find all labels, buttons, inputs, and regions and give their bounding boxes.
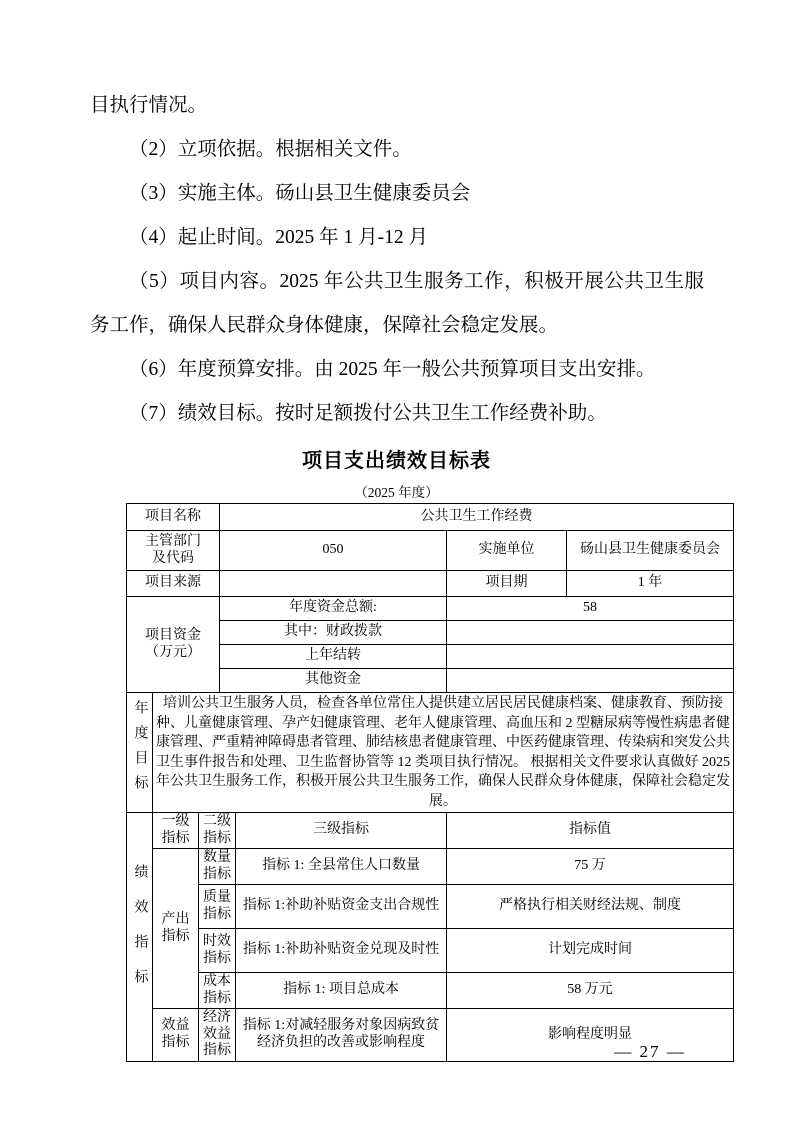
- level2-timeliness: 时效 指标: [199, 929, 236, 973]
- indicator-quantity: 指标 1: 全县常住人口数量: [236, 849, 447, 885]
- body-text: 目执行情况。 （2）立项依据。根据相关文件。 （3）实施主体。砀山县卫生健康委员…: [90, 84, 704, 436]
- funds-carryover-label: 上年结转: [220, 645, 447, 669]
- table-subtitle: （2025 年度）: [0, 481, 793, 501]
- project-source-value: [220, 571, 447, 597]
- level1-output: 产出 指标: [153, 849, 199, 1009]
- document-page: 目执行情况。 （2）立项依据。根据相关文件。 （3）实施主体。砀山县卫生健康委员…: [0, 0, 793, 1122]
- indicator-quality: 指标 1:补助补贴资金支出合规性: [236, 885, 447, 929]
- funds-fiscal-value: [447, 621, 734, 645]
- annual-goal-label: 年度目标: [127, 693, 153, 813]
- level2-cost: 成本 指标: [199, 973, 236, 1009]
- performance-target-table: 项目名称 公共卫生工作经费 主管部门 及代码 050 实施单位 砀山县卫生健康委…: [126, 503, 734, 1062]
- value-cost: 58 万元: [447, 973, 734, 1009]
- paragraph-item-3: （3）实施主体。砀山县卫生健康委员会: [90, 172, 704, 216]
- project-period-value: 1 年: [567, 571, 734, 597]
- level1-benefit: 效益 指标: [153, 1009, 199, 1062]
- funds-total-value: 58: [447, 597, 734, 621]
- page-number: — 27 —: [570, 1042, 730, 1062]
- value-quantity: 75 万: [447, 849, 734, 885]
- funds-other-label: 其他资金: [220, 669, 447, 693]
- paragraph-item-5: （5）项目内容。2025 年公共卫生服务工作，积极开展公共卫生服务工作，确保人民…: [90, 260, 704, 348]
- performance-label-text: 绩效指标: [133, 864, 147, 1004]
- impl-unit-label: 实施单位: [447, 531, 567, 571]
- impl-unit-value: 砀山县卫生健康委员会: [567, 531, 734, 571]
- table-title: 项目支出绩效目标表: [0, 444, 793, 473]
- paragraph-item-4: （4）起止时间。2025 年 1 月-12 月: [90, 216, 704, 260]
- dept-label: 主管部门 及代码: [127, 531, 220, 571]
- value-timeliness: 计划完成时间: [447, 929, 734, 973]
- funds-carryover-value: [447, 645, 734, 669]
- funds-label: 项目资金 （万元）: [127, 597, 220, 693]
- project-name-label: 项目名称: [127, 504, 220, 531]
- paragraph-continuation: 目执行情况。: [90, 84, 704, 128]
- project-source-label: 项目来源: [127, 571, 220, 597]
- indicator-economic-benefit: 指标 1:对减轻服务对象因病致贫经济负担的改善或影响程度: [236, 1009, 447, 1062]
- paragraph-item-2: （2）立项依据。根据相关文件。: [90, 128, 704, 172]
- level2-economic-benefit: 经济 效益 指标: [199, 1009, 236, 1062]
- project-name-value: 公共卫生工作经费: [220, 504, 734, 531]
- project-period-label: 项目期: [447, 571, 567, 597]
- level2-quality: 质量 指标: [199, 885, 236, 929]
- annual-goal-text: 培训公共卫生服务人员，检查各单位常住人提供建立居民居民健康档案、健康教育、预防接…: [153, 693, 734, 813]
- dept-code-value: 050: [220, 531, 447, 571]
- header-value: 指标值: [447, 813, 734, 849]
- header-level1: 一级 指标: [153, 813, 199, 849]
- paragraph-item-6: （6）年度预算安排。由 2025 年一般公共预算项目支出安排。: [90, 348, 704, 392]
- level2-quantity: 数量 指标: [199, 849, 236, 885]
- paragraph-item-7: （7）绩效目标。按时足额拨付公共卫生工作经费补助。: [90, 392, 704, 436]
- header-level3: 三级指标: [236, 813, 447, 849]
- funds-other-value: [447, 669, 734, 693]
- funds-total-label: 年度资金总额:: [220, 597, 447, 621]
- indicator-cost: 指标 1: 项目总成本: [236, 973, 447, 1009]
- indicator-timeliness: 指标 1:补助补贴资金兑现及时性: [236, 929, 447, 973]
- annual-goal-label-text: 年度目标: [133, 700, 147, 800]
- value-quality: 严格执行相关财经法规、制度: [447, 885, 734, 929]
- funds-fiscal-label: 其中：财政拨款: [220, 621, 447, 645]
- header-level2: 二级 指标: [199, 813, 236, 849]
- performance-label: 绩效指标: [127, 813, 153, 1062]
